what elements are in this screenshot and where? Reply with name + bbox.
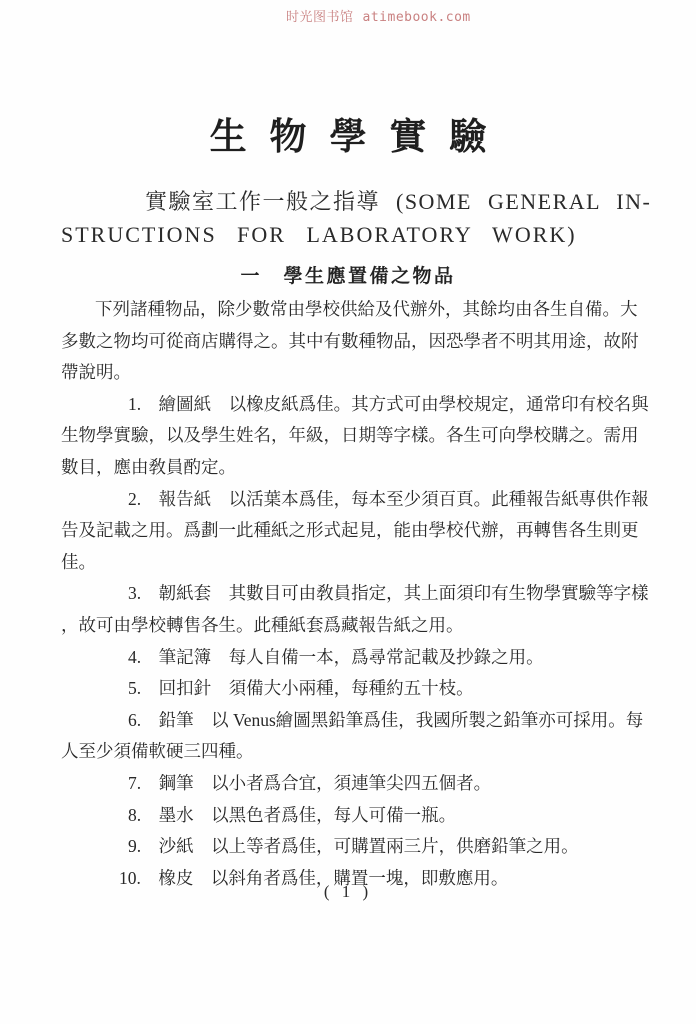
- watermark: 时光图书馆atimebook.com: [286, 6, 471, 25]
- list-item-6: 6. 鉛筆 以 Venus繪圖黑鉛筆爲佳，我國所製之鉛筆亦可採用。每: [61, 705, 643, 737]
- body-text: 下列諸種物品，除少數常由學校供給及代辦外，其餘均由各生自備。大 多數之物均可從商…: [61, 294, 643, 894]
- page-number: ( 1 ): [0, 882, 696, 902]
- section-heading: 一 學生應置備之物品: [0, 261, 696, 288]
- watermark-site-url: atimebook.com: [363, 10, 471, 25]
- text-line: 帶說明。: [61, 357, 643, 389]
- text-line: 多數之物均可從商店購得之。其中有數種物品，因恐學者不明其用途，故附: [61, 326, 643, 358]
- list-item-1: 1. 繪圖紙 以橡皮紙爲佳。其方式可由學校規定，通常印有校名與: [61, 389, 643, 421]
- list-item-4: 4. 筆記簿 每人自備一本，爲尋常記載及抄錄之用。: [61, 642, 643, 674]
- text-line: 生物學實驗，以及學生姓名，年級，日期等字樣。各生可向學校購之。需用: [61, 420, 643, 452]
- text-line: ，故可由學校轉售各生。此種紙套爲藏報告紙之用。: [61, 610, 643, 642]
- text-line: 數目，應由敎員酌定。: [61, 452, 643, 484]
- text-line: 佳。: [61, 547, 643, 579]
- text-line: 人至少須備軟硬三四種。: [61, 736, 643, 768]
- list-item-8: 8. 墨水 以黑色者爲佳，每人可備一瓶。: [61, 800, 643, 832]
- subtitle-line-1: 實驗室工作一般之指導 (SOME GENERAL IN-: [61, 185, 643, 216]
- subtitle-line-2: STRUCTIONS FOR LABORATORY WORK): [61, 222, 577, 248]
- text-line: 告及記載之用。爲劃一此種紙之形式起見，能由學校代辦，再轉售各生則更: [61, 515, 643, 547]
- list-item-7: 7. 鋼筆 以小者爲合宜，須連筆尖四五個者。: [61, 768, 643, 800]
- list-item-2: 2. 報告紙 以活葉本爲佳，每本至少須百頁。此種報告紙專供作報: [61, 484, 643, 516]
- list-item-5: 5. 回扣針 須備大小兩種，每種約五十枝。: [61, 673, 643, 705]
- list-item-9: 9. 沙紙 以上等者爲佳，可購置兩三片，供磨鉛筆之用。: [61, 831, 643, 863]
- page-title: 生物學實驗: [0, 106, 696, 160]
- watermark-library-name: 时光图书馆: [286, 10, 354, 25]
- text-line: 下列諸種物品，除少數常由學校供給及代辦外，其餘均由各生自備。大: [61, 294, 643, 326]
- list-item-3: 3. 韌紙套 其數目可由敎員指定，其上面須印有生物學實驗等字樣: [61, 578, 643, 610]
